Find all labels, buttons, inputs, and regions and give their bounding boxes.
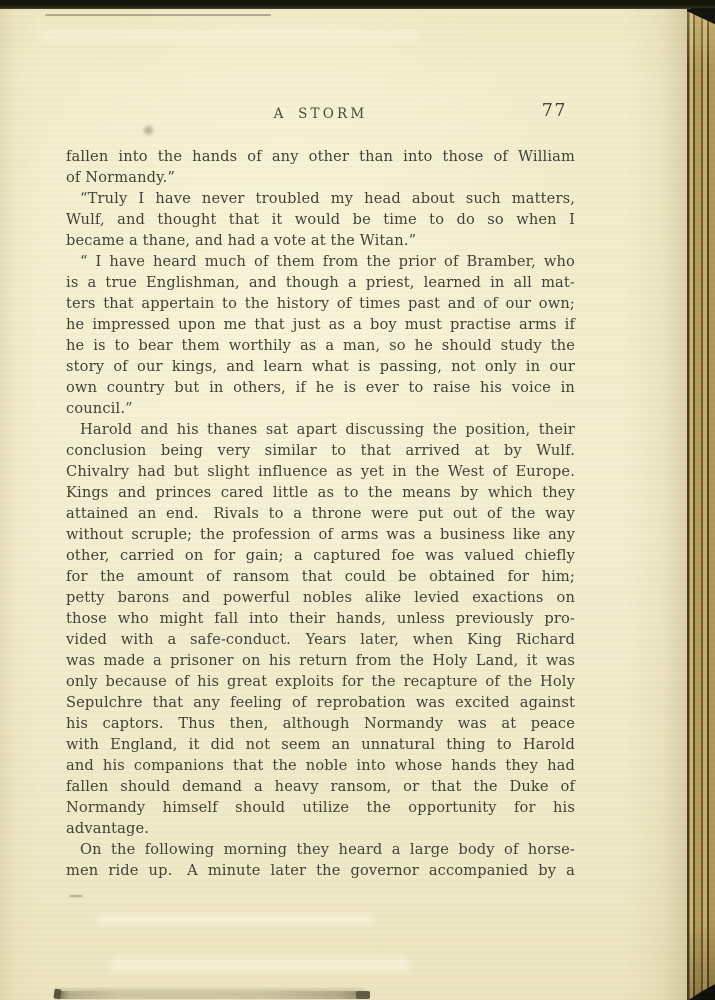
text-line: fallen should demand a heavy ransom, or … [66,776,575,797]
paper-highlight [110,958,410,972]
text-line: his captors. Thus then, although Normand… [66,713,575,734]
text-line: with England, it did not seem an unnatur… [66,734,575,755]
text-line: he is to bear them worthily as a man, so… [66,335,575,356]
text-line: fallen into the hands of any other than … [66,146,575,167]
text-line: other, carried on for gain; a captured f… [66,545,575,566]
text-block: fallen into the hands of any other than … [66,146,575,881]
text-line: without scruple; the profession of arms … [66,524,575,545]
text-line: Harold and his thanes sat apart discussi… [66,419,575,440]
text-line: those who might fall into their hands, u… [66,608,575,629]
text-line: On the following morning they heard a la… [66,839,575,860]
underlying-page-edge [57,991,365,999]
text-line: advantage. [66,818,575,839]
text-line: he impressed upon me that just as a boy … [66,314,575,335]
text-line: Normandy himself should utilize the oppo… [66,797,575,818]
text-line: “Truly I have never troubled my head abo… [66,188,575,209]
text-line: story of our kings, and learn what is pa… [66,356,575,377]
text-line: conclusion being very similar to that ar… [66,440,575,461]
text-line: vided with a safe-conduct. Years later, … [66,629,575,650]
margin-mark [70,895,82,897]
text-line: council.” [66,398,575,419]
text-line: petty barons and powerful nobles alike l… [66,587,575,608]
text-line: and his companions that the noble into w… [66,755,575,776]
text-line: Chivalry had but slight influence as yet… [66,461,575,482]
text-line: ters that appertain to the history of ti… [66,293,575,314]
paper-smudge [144,126,153,135]
text-line: for the amount of ransom that could be o… [66,566,575,587]
page-edge-line [45,14,271,16]
text-line: is a true Englishman, and though a pries… [66,272,575,293]
text-line: own country but in others, if he is ever… [66,377,575,398]
text-line: Wulf, and thought that it would be time … [66,209,575,230]
text-line: of Normandy.” [66,167,575,188]
paper-highlight [95,915,375,925]
text-line: only because of his great exploits for t… [66,671,575,692]
text-line: attained an end. Rivals to a throne were… [66,503,575,524]
page-curl-shading [625,9,687,1000]
book-fore-edge [687,9,715,1000]
page-header: A STORM 77 [66,103,575,127]
text-line: men ride up. A minute later the governor… [66,860,575,881]
text-line: Kings and princes cared little as to the… [66,482,575,503]
book-top-edge-shadow [0,0,715,9]
running-title: A STORM [66,106,575,122]
page-number: 77 [542,101,567,121]
text-line: Sepulchre that any feeling of reprobatio… [66,692,575,713]
text-line: was made a prisoner on his return from t… [66,650,575,671]
text-line: became a thane, and had a vote at the Wi… [66,230,575,251]
book-page-scan: A STORM 77 fallen into the hands of any … [0,0,715,1000]
text-line: “ I have heard much of them from the pri… [66,251,575,272]
paper-highlight [40,30,420,42]
